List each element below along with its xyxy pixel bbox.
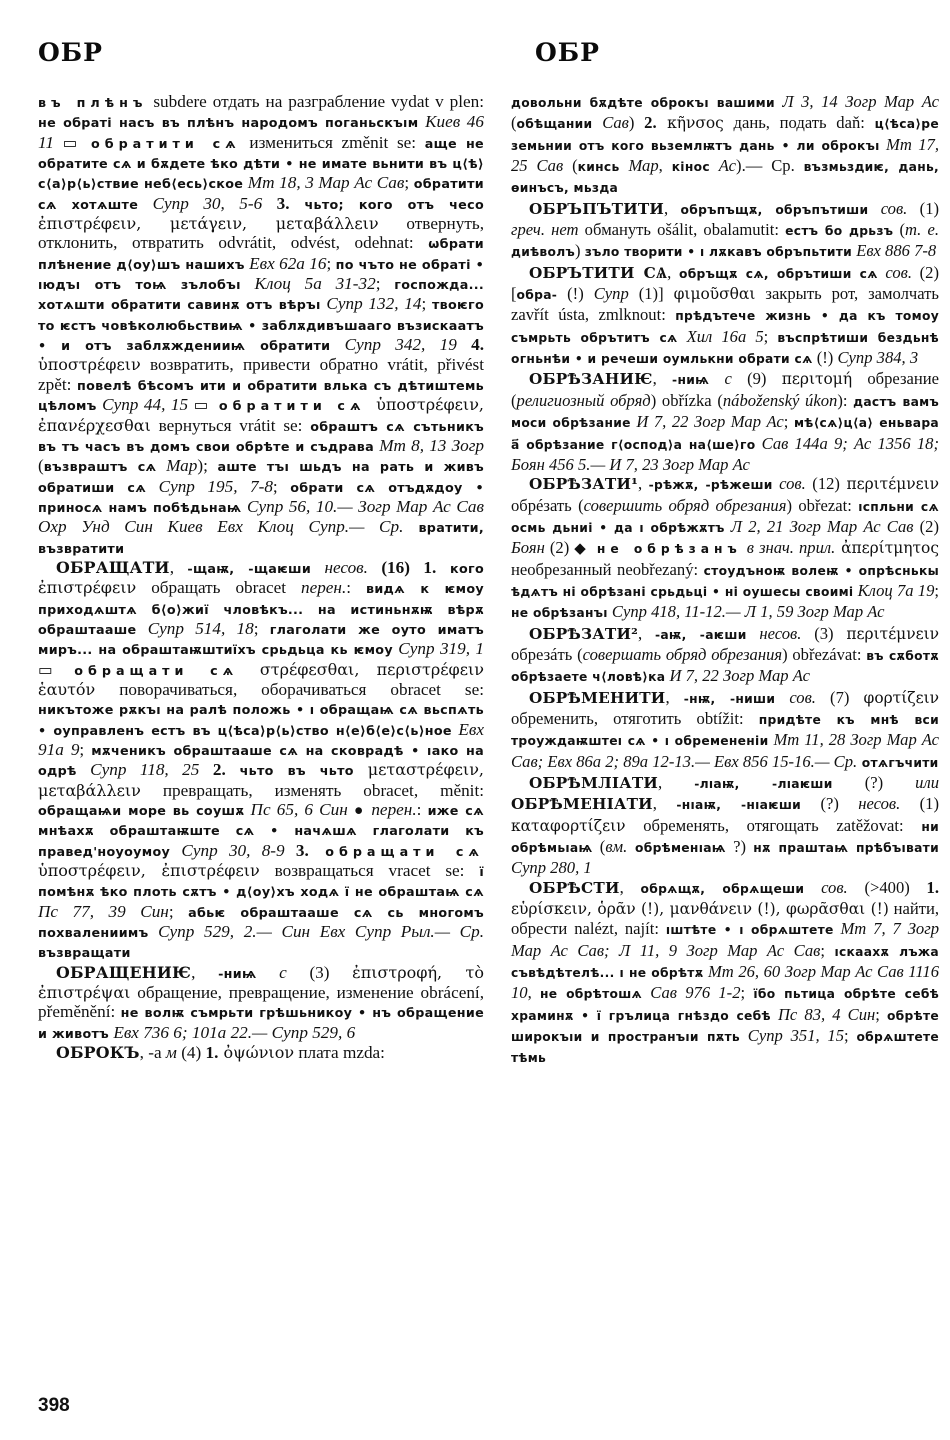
text: , <box>638 624 655 643</box>
greek-equivalent: ἀπερίτμητος <box>835 539 939 557</box>
church-slavonic-text: възвращати <box>38 945 131 960</box>
grammar-label: несов. <box>747 624 802 643</box>
source-reference: Супр 30, 5-6 <box>138 194 277 213</box>
text: ?) <box>726 837 753 856</box>
text: обрезáть ( <box>511 645 583 664</box>
text: (7) <box>816 688 864 707</box>
headword: ОБРѢМЛІАТИ <box>529 774 658 792</box>
church-slavonic-text: -щаѭ, -щаѥши <box>187 561 311 576</box>
text: измениться změnit se: <box>241 133 425 152</box>
text: ); <box>197 456 217 475</box>
text: ( <box>563 156 577 175</box>
source-reference: И 7, 22 Зогр Мар Ас <box>665 666 810 685</box>
text: необрезанный neobřezaný: <box>511 560 704 579</box>
text: (2) <box>545 538 574 557</box>
text: ( <box>893 220 905 239</box>
text: (1) <box>900 794 939 813</box>
source-reference: Пс 65, 6 Син <box>244 800 354 819</box>
dictionary-entry: ОБРОКЪ, -а м (4) 1. ὀψώνιον плата mzda: <box>38 1043 484 1062</box>
text: (?) <box>833 773 916 792</box>
text: ; <box>376 274 395 293</box>
headword: ОБРѢСТИ <box>529 879 620 897</box>
headword: ОБРЪПЪТИТИ <box>529 200 664 218</box>
source-reference: Супр 118, 25 <box>77 760 213 779</box>
text: , <box>664 199 681 218</box>
running-head-left: ОБР <box>38 38 103 67</box>
entry-continuation: въ плѣнъ subdere отдать на разграбление … <box>38 92 484 558</box>
spaced-phrase: въ плѣнъ <box>38 95 147 110</box>
greek-equivalent: περιτέμνειν <box>846 625 939 643</box>
section-symbol-icon: ▭ <box>63 135 78 152</box>
church-slavonic-text: обръщѫ сѧ, обрътиши сѧ <box>679 267 878 281</box>
text: , <box>665 688 683 707</box>
church-slavonic-text: диѣволъ <box>511 245 575 259</box>
source-reference: Мар <box>620 156 659 175</box>
text: , <box>528 983 540 1002</box>
text: ; <box>169 902 188 921</box>
text: ): <box>837 391 853 410</box>
church-slavonic-text: чьто въ чьто <box>226 763 368 778</box>
source-reference: Боян <box>511 538 545 557</box>
spaced-phrase: обращати сѧ <box>53 663 260 678</box>
church-slavonic-text: -нıаѭ, -нıаѥши <box>676 798 801 812</box>
section-symbol-icon: ▭ <box>38 662 53 679</box>
source-reference: Клоц 7а 19 <box>853 581 934 600</box>
dictionary-entry: ОБРѢЗАТИ¹, -рѣжѫ, -рѣжеши сов. (12) περι… <box>511 474 939 623</box>
church-slavonic-text: отѧгъчити <box>857 756 938 770</box>
dictionary-entry: ОБРѢМЕНИТИ, -нѭ, -ниши сов. (7) φορτίζει… <box>511 688 939 773</box>
text: (3) <box>801 624 846 643</box>
dictionary-entry: ОБРЪПЪТИТИ, обръпъщѫ, обръпътиши сов. (1… <box>511 199 939 263</box>
grammar-label: совершать обряд обрезания <box>583 645 782 664</box>
text: (!) <box>813 348 838 367</box>
grammar-label: сов. <box>868 199 907 218</box>
entry-continuation: довольни бѫдѣте оброкъı вашими Л 3, 14 З… <box>511 92 939 199</box>
text: ; <box>79 740 91 759</box>
grammar-label: т. е. <box>905 220 939 239</box>
headword: ОБРѢЗАНИѤ <box>529 370 653 388</box>
text: превращать, изменять obracet, měnit: <box>141 781 484 800</box>
source-reference: Супр 529, 2.— Син Евх Супр Рыл.— Ср. <box>148 922 484 941</box>
dictionary-entry: ОБРАЩАТИ, -щаѭ, -щаѥши несов. (16) 1. ко… <box>38 558 484 963</box>
source-reference: Супр 132, 14 <box>321 294 422 313</box>
church-slavonic-text: довольни бѫдѣте оброкъı вашими <box>511 96 775 110</box>
text: (?) <box>801 794 858 813</box>
source-reference: Евх 736 6; 101а 22.— Супр 529, 6 <box>109 1023 355 1042</box>
text: обращать obracet <box>136 578 301 597</box>
spaced-phrase: обращати сѧ <box>309 844 484 859</box>
dictionary-entry: ОБРѢЗАТИ², -аѭ, -аѥши несов. (3) περιτέμ… <box>511 624 939 688</box>
source-reference: Пс 83, 4 Син <box>771 1005 875 1024</box>
church-slavonic-text: обращаѩи море вь соушѫ <box>38 803 244 818</box>
headword: ОБРЪТИТИ СѦ <box>529 264 667 282</box>
source-reference: Сав <box>592 113 628 132</box>
text: обременять, отягощать zatěžovat: <box>626 816 922 835</box>
text: , <box>653 794 677 813</box>
church-slavonic-text: никътоже рѫкъı на ралѣ положь • ı обраща… <box>38 702 484 737</box>
text: дань, подать daň: <box>724 113 875 132</box>
text: ; <box>326 254 335 273</box>
text: ) obřezávat: <box>782 645 866 664</box>
greek-equivalent: περιτέμνειν <box>846 475 939 493</box>
text: (3) <box>287 963 352 982</box>
source-reference: Супр 44, 15 <box>97 395 194 414</box>
church-slavonic-text: кінос <box>672 160 710 174</box>
church-slavonic-text: кинсь <box>578 160 620 174</box>
text: ; <box>764 327 778 346</box>
church-slavonic-text: -ниѩ <box>218 966 256 981</box>
headword: ОБРОКЪ <box>56 1043 140 1062</box>
church-slavonic-text: обѣщании <box>517 117 593 131</box>
church-slavonic-text: -рѣжѫ, -рѣжеши <box>649 478 773 492</box>
sense-number: 2. <box>644 113 656 132</box>
greek-equivalent: φορτίζειν <box>864 689 940 707</box>
text: ) <box>575 241 585 260</box>
greek-equivalent: ὑποστρέφειν, ἐπιστρέφειν <box>38 861 260 880</box>
greek-equivalent: περιτομή <box>782 370 852 388</box>
text: (4) <box>177 1043 206 1062</box>
text: , <box>653 369 672 388</box>
text: ; <box>273 477 290 496</box>
source-reference: Супр <box>594 284 629 303</box>
church-slavonic-text: -аѭ, -аѥши <box>655 628 747 642</box>
sense-number: 2. <box>213 760 226 779</box>
text: ) <box>629 113 644 132</box>
text: плата mzda: <box>294 1043 385 1062</box>
church-slavonic-text: ıштѣте • ı обрѧштете <box>666 923 834 937</box>
sense-number: 1. <box>927 878 939 897</box>
greek-equivalent: εὑρίσκειν, ὁρᾶν (!), μανθάνειν (!), φωρᾶ… <box>511 900 889 918</box>
grammar-label: в знач. прил. <box>742 538 836 557</box>
church-slavonic-text: обръпъщѫ, обръпътиши <box>681 203 869 217</box>
grammar-label: несов. <box>858 794 900 813</box>
section-symbol-icon: ◆ <box>574 541 586 557</box>
dictionary-page: ОБР ОБР въ плѣнъ subdere отдать на разгр… <box>0 0 950 1440</box>
greek-equivalent: ὀψώνιον <box>218 1043 294 1062</box>
text: обрéзать ( <box>511 496 584 515</box>
church-slavonic-text: не обраті насъ въ плѣнъ народомъ поганьс… <box>38 115 418 130</box>
source-reference: Л 3, 14 Зогр Мар Ас <box>775 92 939 111</box>
running-head-right: ОБР <box>535 38 600 67</box>
church-slavonic-text: естъ бо дрьзъ <box>785 224 893 238</box>
right-column: довольни бѫдѣте оброкъı вашими Л 3, 14 З… <box>511 92 939 1069</box>
grammar-label: перен. <box>365 800 416 819</box>
headword: ОБРАЩЕНИѤ <box>56 963 191 982</box>
church-slavonic-text: не обрѣзанъı <box>511 606 608 620</box>
text: (>400) <box>848 878 927 897</box>
text: : <box>417 800 428 819</box>
section-symbol-icon: ● <box>354 802 365 819</box>
church-slavonic-text: кого <box>436 561 484 576</box>
source-reference: Клоц 5а 31-32 <box>241 274 376 293</box>
dictionary-entry: ОБРѢСТИ, обрѧщѫ, обрѧщеши сов. (>400) 1.… <box>511 878 939 1069</box>
text: поворачиваться, оборачиваться obracet se… <box>95 680 484 699</box>
text: возвращаться vracet se: <box>260 861 480 880</box>
greek-equivalent: φιμοῦσθαι <box>674 285 756 303</box>
grammar-label: сов. <box>773 474 806 493</box>
grammar-label: с <box>709 369 732 388</box>
text: , <box>667 263 679 282</box>
text: (1) <box>907 199 939 218</box>
text: , -а <box>140 1043 166 1062</box>
sense-number: 3. <box>277 194 290 213</box>
spaced-phrase: обратити сѧ <box>77 136 241 151</box>
text: ; <box>254 619 270 638</box>
grammar-label: сов. <box>775 688 816 707</box>
source-reference: Мар <box>156 456 197 475</box>
source-reference: Л 2, 21 Зогр Мар Ас Сав <box>725 517 914 536</box>
text: ; <box>820 941 834 960</box>
source-reference: Супр 351, 15 <box>740 1026 844 1045</box>
source-reference: Евх 886 7-8 <box>852 241 936 260</box>
dictionary-entry: ОБРЪТИТИ СѦ, обръщѫ сѧ, обрътиши сѧ сов.… <box>511 263 939 370</box>
text: , <box>170 558 188 577</box>
text: (!) <box>557 284 594 303</box>
source-reference: Супр 384, 3 <box>837 348 918 367</box>
text: (2) <box>913 517 939 536</box>
text: , <box>659 156 672 175</box>
source-reference: Пс 77, 39 Син <box>38 902 169 921</box>
text: ; <box>404 173 413 192</box>
section-symbol-icon: ▭ <box>194 397 209 414</box>
page-number: 398 <box>38 1395 70 1417</box>
church-slavonic-text: обрѣменıаѩ <box>627 841 726 855</box>
source-reference: Ас <box>710 156 736 175</box>
church-slavonic-text: -ниѩ <box>672 373 709 387</box>
dictionary-entry: ОБРѢЗАНИѤ, -ниѩ с (9) περιτομή обрезание… <box>511 369 939 474</box>
church-slavonic-text: нѫ праштаѩ прѣбъıвати <box>753 841 939 855</box>
grammar-label: религиозный обряд <box>517 391 651 410</box>
text: , <box>638 474 649 493</box>
text: ) obřízka ( <box>651 391 723 410</box>
headword: ОБРѢЗАТИ¹ <box>529 475 638 493</box>
source-reference: И 7, 22 Зогр Мар Ас <box>631 412 784 431</box>
source-reference: Супр 342, 19 <box>330 335 471 354</box>
text: ; <box>784 412 794 431</box>
church-slavonic-text: -нѭ, -ниши <box>684 692 776 706</box>
sense-number: 4. <box>471 335 484 354</box>
grammar-label: совершить обряд обрезания <box>584 496 787 515</box>
text: ; <box>875 1005 887 1024</box>
grammar-label: сов. <box>804 878 847 897</box>
source-reference: Хил 16а 5 <box>678 327 764 346</box>
source-reference: Супр 280, 1 <box>511 858 592 877</box>
headword: ОБРАЩАТИ <box>56 558 170 577</box>
grammar-label: несов. <box>311 558 368 577</box>
grammar-label: м <box>166 1043 177 1062</box>
dictionary-entry: ОБРѢМЛІАТИ, -лıаѭ, -лıаѥши (?) или ОБРѢМ… <box>511 773 939 878</box>
headword: ОБРѢМЕНІАТИ <box>511 795 653 813</box>
grammar-label: сов. <box>878 263 912 282</box>
text: ( <box>593 837 606 856</box>
text: ; <box>741 983 754 1002</box>
text: , <box>191 963 218 982</box>
text: ) obřezat: <box>786 496 858 515</box>
sense-number: (16) 1. <box>368 558 436 577</box>
headword: ОБРѢЗАТИ² <box>529 625 638 643</box>
grammar-label: греч. нет <box>511 220 579 239</box>
source-reference: Мт 18, 3 Мар Ас Сав <box>243 173 404 192</box>
text: , <box>620 878 641 897</box>
source-reference: Супр 195, 7-8 <box>146 477 273 496</box>
greek-equivalent: ἐπιστρέφειν, μετάγειν, μεταβάλλειν <box>38 214 379 233</box>
spaced-phrase: не обрѣзанъ <box>587 542 742 556</box>
church-slavonic-text: обра- <box>517 288 558 302</box>
source-reference: Мт 8, 13 Зогр <box>374 436 484 455</box>
church-slavonic-text: обрѧщѫ, обрѧщеши <box>641 882 805 896</box>
source-reference: Супр 418, 11-12.— Л 1, 59 Зогр Мар Ас <box>608 602 885 621</box>
text: (1)] <box>629 284 674 303</box>
source-reference: Супр 30, 8-9 <box>170 841 296 860</box>
left-column: въ плѣнъ subdere отдать на разграбление … <box>38 92 484 1063</box>
grammar-label: перен. <box>301 578 346 597</box>
church-slavonic-text: възвраштъ сѧ <box>44 459 157 474</box>
headword: ОБРѢМЕНИТИ <box>529 689 665 707</box>
text: ; <box>934 581 939 600</box>
text: ).— Ср. <box>736 156 804 175</box>
source-reference: Сав 976 1-2 <box>642 983 740 1002</box>
source-reference: Супр 319, 1 <box>393 639 484 658</box>
greek-equivalent: ἐπιστρέφειν <box>38 578 136 597</box>
church-slavonic-text: не обрѣтошѧ <box>540 987 642 1001</box>
sense-number: 1. <box>206 1043 219 1062</box>
spaced-phrase: обратити сѧ <box>208 398 376 413</box>
source-reference: Евх 62а 16 <box>245 254 327 273</box>
greek-equivalent: κῆνσος <box>657 114 724 132</box>
text: : <box>346 578 366 597</box>
dictionary-entry: ОБРАЩЕНИѤ, -ниѩ с (3) ἐπιστροφή, τὸ ἐπισ… <box>38 963 484 1043</box>
church-slavonic-text: -лıаѭ, -лıаѥши <box>694 777 832 791</box>
text: вернуться vrátit se: <box>151 416 310 435</box>
text: ; <box>421 294 432 313</box>
text: , <box>658 773 694 792</box>
text: subdere отдать на разграбление vydat v p… <box>147 92 484 111</box>
text: обременить, отяготить obtížit: <box>511 709 759 728</box>
text: (9) <box>732 369 782 388</box>
grammar-label: вм. <box>605 837 627 856</box>
church-slavonic-text: зъло творити • ı лѫкавъ обръпьтити <box>585 245 852 259</box>
sense-number: 3. <box>296 841 309 860</box>
text: (12) <box>806 474 847 493</box>
grammar-label: с <box>257 963 287 982</box>
source-reference: Супр 514, 18 <box>136 619 253 638</box>
greek-equivalent: ὑποστρέφειν <box>38 355 141 374</box>
text: ; <box>844 1026 856 1045</box>
greek-equivalent: καταφορτίζειν <box>511 817 626 835</box>
text: обмануть ošálit, obalamutit: <box>579 220 786 239</box>
church-slavonic-text: чьто; кого отъ чесо <box>290 197 484 212</box>
grammar-label: или <box>915 773 939 792</box>
grammar-label: náboženský úkon <box>723 391 837 410</box>
